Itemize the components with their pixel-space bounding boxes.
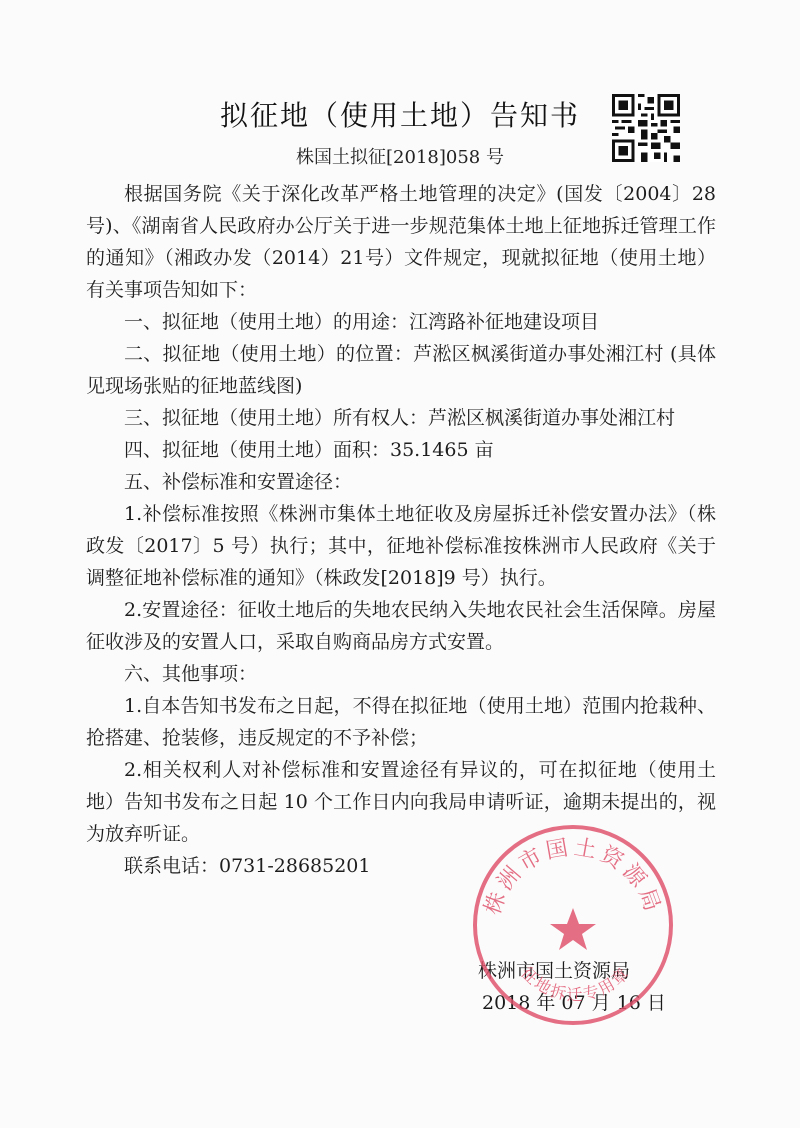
document-body: 根据国务院《关于深化改革严格土地管理的决定》(国发〔2004〕28号)、《湖南省…	[86, 178, 716, 882]
intro-paragraph: 根据国务院《关于深化改革严格土地管理的决定》(国发〔2004〕28号)、《湖南省…	[86, 178, 716, 306]
item-purpose: 一、拟征地（使用土地）的用途：江湾路补征地建设项目	[86, 306, 716, 338]
official-seal-icon: 株洲市国土资源局 征地拆迁专用章	[468, 820, 678, 1030]
svg-text:征地拆迁专用章: 征地拆迁专用章	[517, 963, 633, 1004]
item-other-1: 1.自本告知书发布之日起，不得在拟征地（使用土地）范围内抢栽种、抢搭建、抢装修，…	[86, 690, 716, 754]
item-area: 四、拟征地（使用土地）面积：35.1465 亩	[86, 434, 716, 466]
document-title: 拟征地（使用土地）告知书	[0, 94, 800, 134]
item-other-heading: 六、其他事项：	[86, 658, 716, 690]
item-resettlement: 2.安置途径：征收土地后的失地农民纳入失地农民社会生活保障。房屋征收涉及的安置人…	[86, 594, 716, 658]
qr-code-icon	[612, 94, 680, 162]
document-number: 株国土拟征[2018]058 号	[0, 143, 800, 169]
item-owner: 三、拟征地（使用土地）所有权人：芦淞区枫溪街道办事处湘江村	[86, 402, 716, 434]
svg-text:株洲市国土资源局: 株洲市国土资源局	[480, 835, 665, 918]
item-compensation-standard: 1.补偿标准按照《株洲市集体土地征收及房屋拆迁补偿安置办法》（株政发〔2017〕…	[86, 498, 716, 594]
document-page: 拟征地（使用土地）告知书 株国土拟征[2018]058 号 根据国务院《关于深化…	[0, 0, 800, 1128]
item-location: 二、拟征地（使用土地）的位置：芦淞区枫溪街道办事处湘江村 (具体见现场张贴的征地…	[86, 338, 716, 402]
item-compensation-heading: 五、补偿标准和安置途径：	[86, 466, 716, 498]
